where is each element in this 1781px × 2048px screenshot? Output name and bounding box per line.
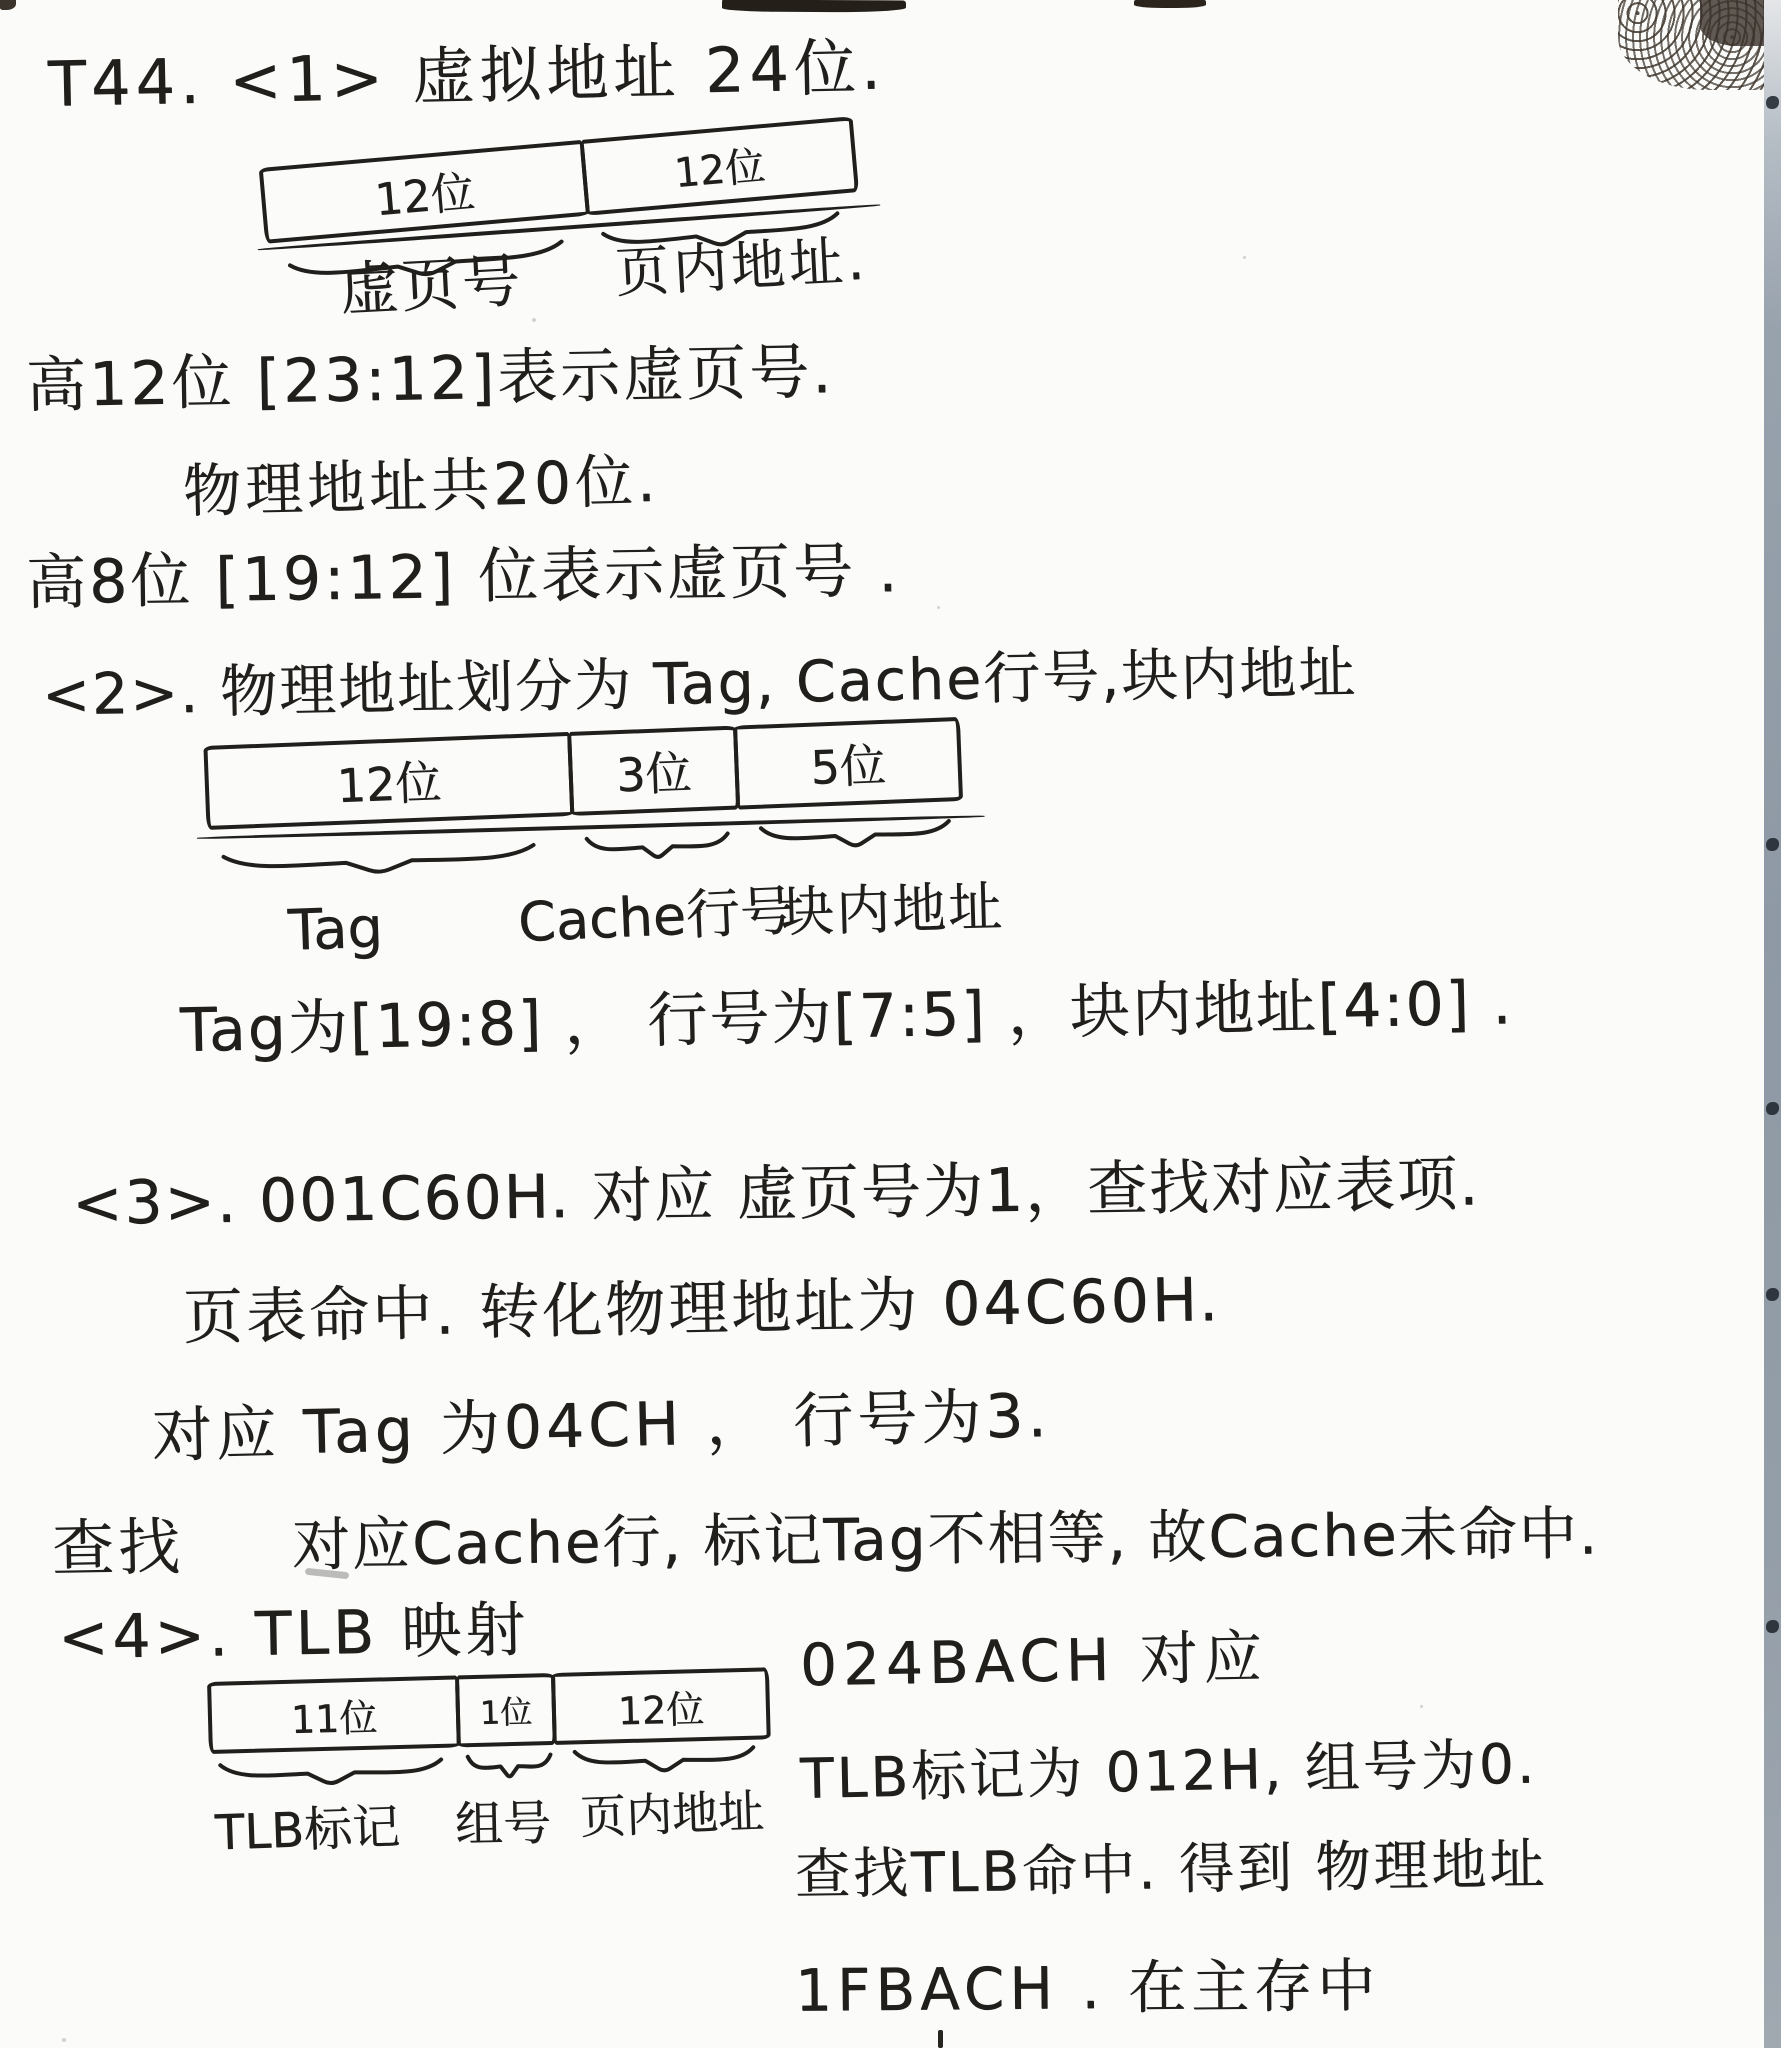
- paper-speck: [532, 318, 536, 322]
- line-t44-heading: T44. <1> 虚拟地址 24位.: [47, 31, 886, 120]
- field-width-label: 12位: [335, 746, 442, 816]
- edge-tick: [1766, 1620, 1779, 1633]
- edge-tick: [1766, 838, 1779, 851]
- brace-under-tlb-page-offset: [569, 1744, 760, 1775]
- label-page-offset: 页内地址.: [614, 229, 870, 304]
- line-tlb-hit: 查找TLB命中. 得到 物理地址: [795, 1833, 1548, 1907]
- field-width-label: 3位: [615, 736, 693, 805]
- scan-smudge-top-2: [1134, 0, 1206, 8]
- field-cell-block-offset: 5位: [733, 717, 963, 810]
- brace-under-cache-line: [582, 830, 733, 862]
- line-find-rest: 对应Cache行, 标记Tag不相等, 故Cache未命中.: [292, 1500, 1600, 1578]
- virtual-address-diagram: 12位 12位: [259, 116, 863, 244]
- label-virtual-page-number: 虚页号: [338, 247, 524, 323]
- label-tlb-page-offset: 页内地址: [579, 1785, 765, 1844]
- edge-tick: [1766, 1102, 1779, 1115]
- line-bit-ranges: Tag为[19:8] ， 行号为[7:5] ，块内地址[4:0] .: [179, 969, 1513, 1066]
- paper-speck: [1420, 1705, 1423, 1708]
- paper-speck: [1243, 256, 1246, 259]
- field-cell-cache-line: 3位: [567, 726, 740, 816]
- field-cell-set-number: 1位: [455, 1673, 557, 1748]
- field-width-label: 12位: [671, 134, 767, 199]
- line-page-table-hit: 页表命中. 转化物理地址为 04C60H.: [182, 1266, 1221, 1353]
- paper-speck: [937, 606, 940, 609]
- line-corresponding-tag: 对应 Tag 为04CH ， 行号为3.: [151, 1382, 1051, 1471]
- field-width-label: 11位: [290, 1686, 378, 1743]
- line-part4-heading: <4>. TLB 映射: [57, 1596, 529, 1673]
- label-cache-line-number: Cache行号: [517, 880, 795, 954]
- field-cell-tlb-tag: 11位: [207, 1675, 461, 1754]
- line-lookup-001C60H: <3>. 001C60H. 对应 虚页号为1，查找对应表项.: [72, 1150, 1481, 1239]
- field-cell-tag: 12位: [203, 732, 574, 830]
- physical-address-diagram: 12位 3位 5位: [203, 717, 971, 830]
- line-high12-bits: 高12位 [23:12]表示虚页号.: [25, 338, 834, 421]
- line-1FBACH-main-memory: 1FBACH . 在主存中: [795, 1952, 1381, 2024]
- field-cell-page-offset: 12位: [579, 116, 859, 216]
- label-tag: Tag: [287, 896, 384, 964]
- edge-tick: [1766, 96, 1779, 109]
- field-width-label: 1位: [479, 1687, 533, 1734]
- field-width-label: 12位: [617, 1678, 705, 1735]
- scanned-note-page: T44. <1> 虚拟地址 24位. 12位 12位 虚页号 页内地址. 高12…: [0, 0, 1781, 2048]
- paper-speck: [888, 1208, 892, 1212]
- stray-tick-below-text: [938, 2030, 943, 2048]
- label-tlb-tag: TLB标记: [214, 1800, 401, 1862]
- line-physical-20bits: 物理地址共20位.: [182, 448, 660, 525]
- line-find-lead: 查找: [51, 1511, 184, 1585]
- line-high8-bits: 高8位 [19:12] 位表示虚页号 .: [26, 537, 901, 618]
- line-024BACH: 024BACH 对应: [799, 1624, 1268, 1699]
- line-tlb-tag-value: TLB标记为 012H, 组号为0.: [799, 1732, 1537, 1811]
- edge-tick: [1766, 1288, 1779, 1301]
- brace-under-tlb-tag: [213, 1756, 449, 1788]
- line-part2-heading: <2>. 物理地址划分为 Tag, Cache行号,块内地址: [42, 641, 1358, 729]
- label-block-offset: 块内地址: [779, 876, 1005, 944]
- field-width-label: 12位: [372, 156, 477, 228]
- brace-under-tag: [214, 841, 545, 880]
- field-cell-page-offset: 12位: [551, 1667, 771, 1745]
- scan-smudge-top-1: [722, 0, 906, 12]
- tlb-address-diagram: 11位 1位 12位: [207, 1667, 779, 1754]
- paper-speck: [62, 2038, 66, 2042]
- physical-address-box: 12位 3位 5位: [203, 717, 971, 830]
- page-edge-shadow: [1764, 0, 1781, 2048]
- field-width-label: 5位: [809, 729, 887, 798]
- label-set-number: 组号: [455, 1796, 552, 1853]
- brace-under-set-number: [465, 1751, 554, 1779]
- tlb-address-box: 11位 1位 12位: [207, 1667, 779, 1754]
- scan-smudge-top-left-corner: [0, 0, 16, 10]
